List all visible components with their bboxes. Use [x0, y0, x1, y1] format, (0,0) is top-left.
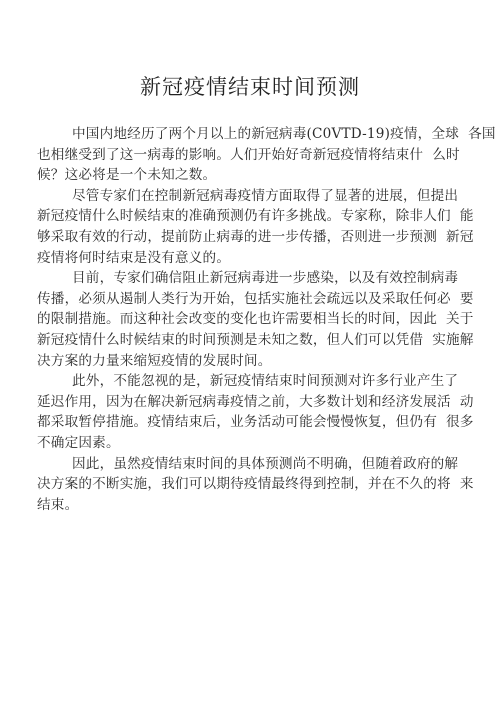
paragraph-4: 此外，不能忽视的是，新冠疫情结束时间预测对许多行业产生了 延迟作用，因为在解决新…	[37, 371, 465, 453]
paragraph-line: 候？这必将是一个未知之数。	[37, 165, 465, 186]
paragraph-line: 新冠疫情什么时候结束的时间预测是未知之数，但人们可以凭借 实施解	[37, 330, 465, 351]
paragraph-line: 结束。	[37, 495, 465, 516]
document-page: 新冠疫情结束时间预测 中国内地经历了两个月以上的新冠病毒(C0VTD-19)疫情…	[0, 0, 500, 708]
paragraph-line: 都采取暂停措施。疫情结束后，业务活动可能会慢慢恢复，但仍有 很多	[37, 412, 465, 433]
paragraph-line: 目前，专家们确信阻止新冠病毒进一步感染，以及有效控制病毒	[37, 268, 465, 289]
paragraph-1: 中国内地经历了两个月以上的新冠病毒(C0VTD-19)疫情，全球 各国 也相继受…	[37, 124, 465, 186]
paragraph-line: 决方案的不断实施，我们可以期待疫情最终得到控制，并在不久的将 来	[37, 474, 465, 495]
paragraph-line: 新冠疫情什么时候结束的准确预测仍有许多挑战。专家称，除非人们 能	[37, 206, 465, 227]
paragraph-3: 目前，专家们确信阻止新冠病毒进一步感染，以及有效控制病毒 传播，必须从遏制人类行…	[37, 268, 465, 371]
paragraph-line: 决方案的力量来缩短疫情的发展时间。	[37, 351, 465, 372]
paragraph-line: 的限制措施。而这种社会改变的变化也许需要相当长的时间，因此 关于	[37, 309, 465, 330]
paragraph-2: 尽管专家们在控制新冠病毒疫情方面取得了显著的进展，但提出 新冠疫情什么时候结束的…	[37, 186, 465, 268]
paragraph-line: 疫情将何时结束是没有意义的。	[37, 248, 465, 269]
paragraph-line: 够采取有效的行动，提前防止病毒的进一步传播，否则进一步预测 新冠	[37, 227, 465, 248]
paragraph-line: 因此，虽然疫情结束时间的具体预测尚不明确，但随着政府的解	[37, 454, 465, 475]
document-title: 新冠疫情结束时间预测	[0, 73, 500, 101]
paragraph-line: 此外，不能忽视的是，新冠疫情结束时间预测对许多行业产生了	[37, 371, 465, 392]
paragraph-line: 不确定因素。	[37, 433, 465, 454]
paragraph-line: 传播，必须从遏制人类行为开始，包括实施社会疏远以及采取任何必 要	[37, 289, 465, 310]
document-body: 中国内地经历了两个月以上的新冠病毒(C0VTD-19)疫情，全球 各国 也相继受…	[37, 124, 465, 515]
paragraph-line: 延迟作用，因为在解决新冠病毒疫情之前，大多数计划和经济发展活 动	[37, 392, 465, 413]
paragraph-line: 也相继受到了这一病毒的影响。人们开始好奇新冠疫情将结束什 么时	[37, 145, 465, 166]
paragraph-5: 因此，虽然疫情结束时间的具体预测尚不明确，但随着政府的解 决方案的不断实施，我们…	[37, 454, 465, 516]
paragraph-line: 中国内地经历了两个月以上的新冠病毒(C0VTD-19)疫情，全球 各国	[37, 124, 465, 145]
paragraph-line: 尽管专家们在控制新冠病毒疫情方面取得了显著的进展，但提出	[37, 186, 465, 207]
